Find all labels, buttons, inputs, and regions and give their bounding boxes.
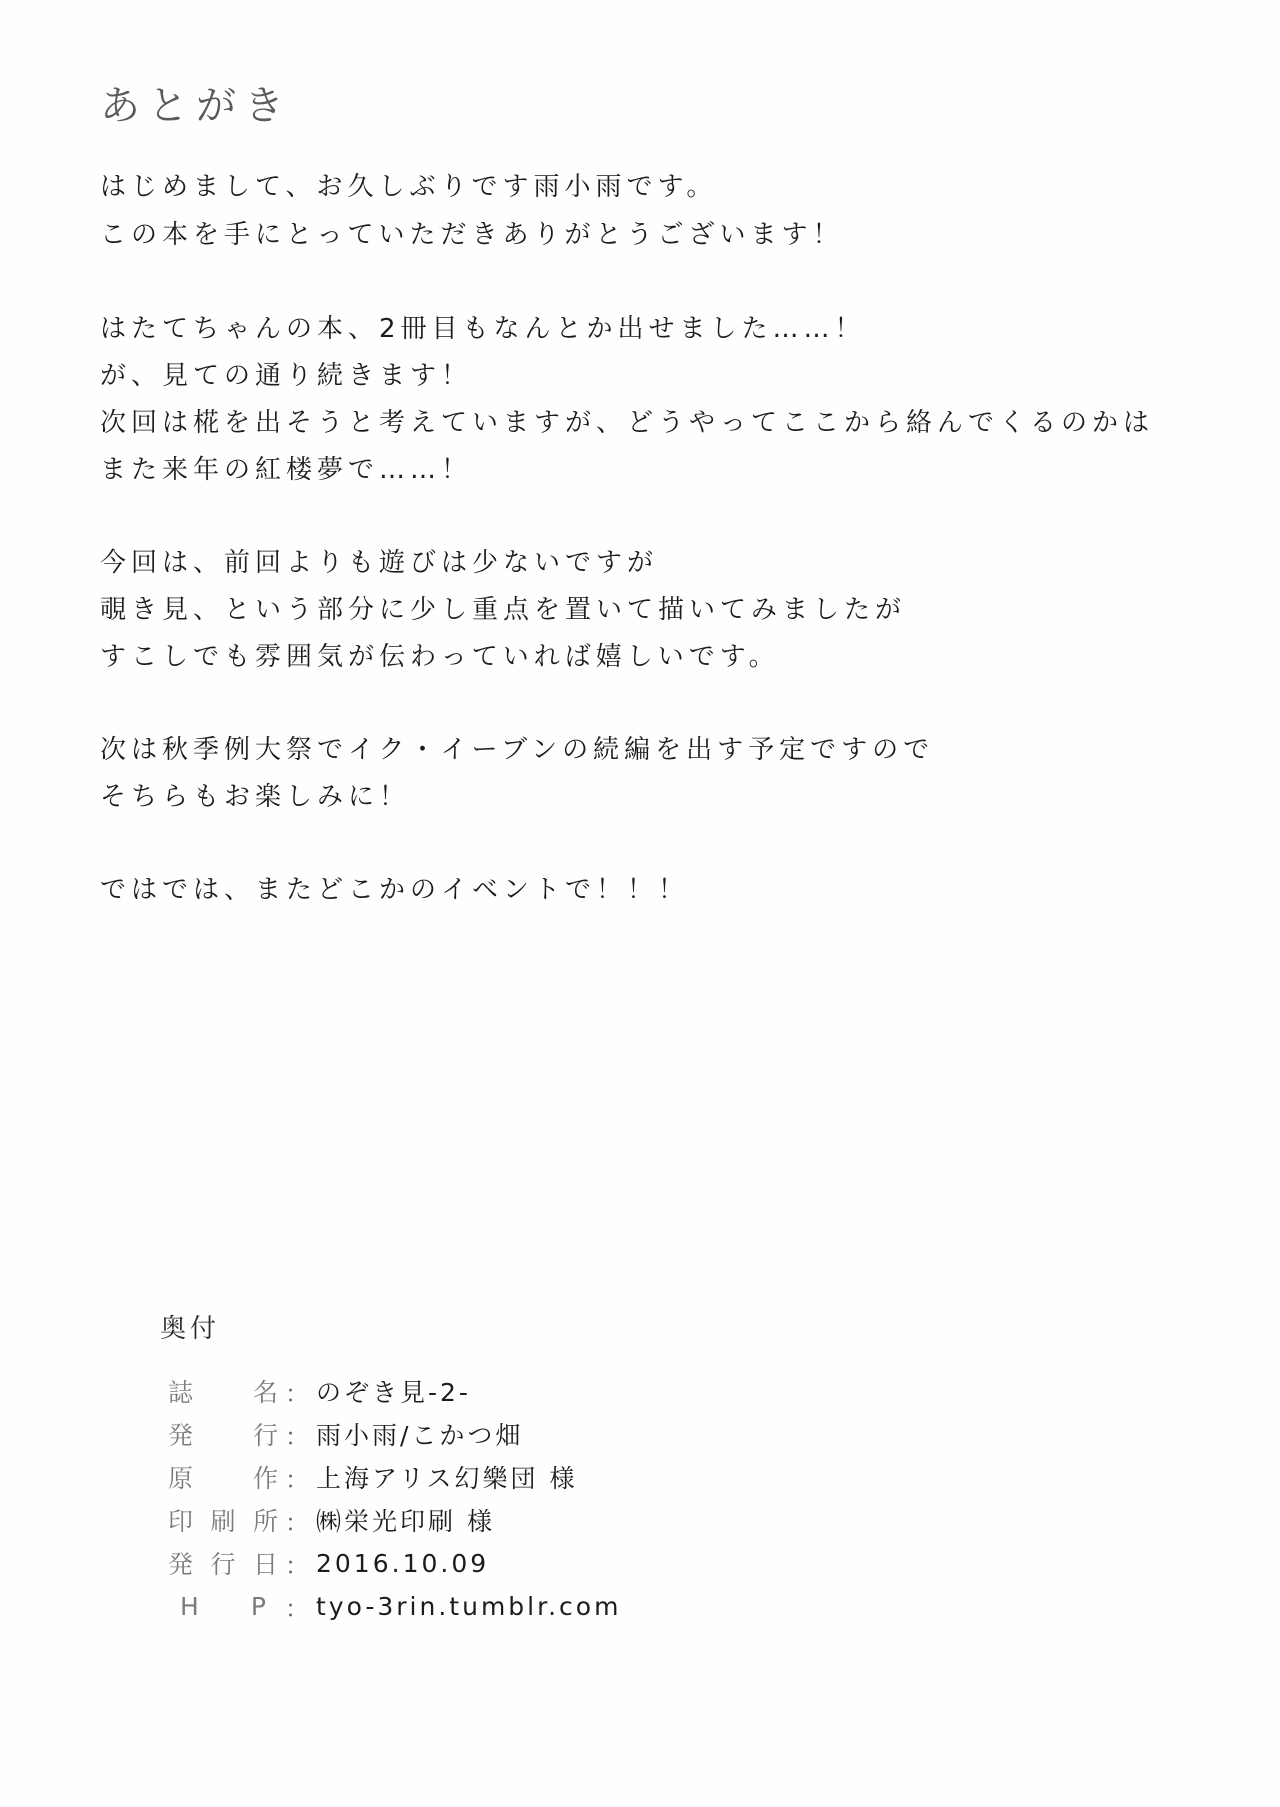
label-char: 原: [168, 1459, 193, 1495]
colophon-row-title: 誌 名 ： のぞき見-2-: [168, 1372, 471, 1410]
colophon-value: 雨小雨/こかつ畑: [316, 1416, 523, 1452]
colophon-value: のぞき見-2-: [316, 1373, 471, 1409]
afterword-line: ではでは、またどこかのイベントで！！！: [100, 873, 689, 907]
colophon-value: 2016.10.09: [316, 1549, 489, 1578]
afterword-line: が、見ての通り続きます！: [100, 359, 472, 393]
colophon-label: 誌 名: [168, 1373, 278, 1409]
colophon-heading: 奥付: [160, 1312, 220, 1346]
colophon-label: H P: [168, 1592, 278, 1621]
label-char: 行: [210, 1545, 235, 1581]
label-char: 日: [253, 1545, 278, 1581]
homepage-url: tyo-3rin.tumblr.com: [316, 1592, 621, 1621]
label-char: 作: [253, 1459, 278, 1495]
afterword-line: 次回は椛を出そうと考えていますが、どうやってここから絡んでくるのかは: [100, 406, 1154, 440]
label-char: 発: [168, 1416, 193, 1452]
label-char: 刷: [210, 1502, 235, 1538]
label-char: 誌: [168, 1373, 193, 1409]
label-char: 名: [253, 1373, 278, 1409]
afterword-line: はじめまして、お久しぶりです雨小雨です。: [100, 170, 717, 204]
afterword-line: そちらもお楽しみに！: [100, 780, 410, 814]
colophon-label: 原 作: [168, 1459, 278, 1495]
label-char: 発: [168, 1545, 193, 1581]
colophon-separator: ：: [278, 1546, 316, 1581]
colophon-label: 発 行 日: [168, 1545, 278, 1581]
afterword-line: また来年の紅楼夢で……！: [100, 453, 472, 487]
afterword-line: 覗き見、という部分に少し重点を置いて描いてみましたが: [100, 593, 906, 627]
colophon-label: 発 行: [168, 1416, 278, 1452]
document-page: あとがき はじめまして、お久しぶりです雨小雨です。 この本を手にとっていただきあ…: [0, 0, 1280, 1807]
colophon-row-printer: 印 刷 所 ： ㈱栄光印刷 様: [168, 1501, 495, 1539]
colophon-row-original-work: 原 作 ： 上海アリス幻樂団 様: [168, 1458, 577, 1496]
afterword-line: 次は秋季例大祭でイク・イーブンの続編を出す予定ですので: [100, 733, 934, 767]
colophon-value: 上海アリス幻樂団 様: [316, 1459, 577, 1495]
label-char: P: [251, 1592, 266, 1621]
afterword-line: この本を手にとっていただきありがとうございます！: [100, 218, 843, 252]
colophon-separator: ：: [278, 1589, 316, 1624]
colophon-separator: ：: [278, 1460, 316, 1495]
colophon-row-homepage: H P ： tyo-3rin.tumblr.com: [168, 1587, 621, 1625]
label-char: 所: [253, 1502, 278, 1538]
label-char: 行: [253, 1416, 278, 1452]
colophon-row-publish-date: 発 行 日 ： 2016.10.09: [168, 1544, 489, 1582]
colophon-separator: ：: [278, 1374, 316, 1409]
colophon-label: 印 刷 所: [168, 1502, 278, 1538]
afterword-title: あとがき: [100, 82, 292, 130]
colophon-value: ㈱栄光印刷 様: [316, 1502, 495, 1538]
label-char: 印: [168, 1502, 193, 1538]
afterword-line: はたてちゃんの本、2冊目もなんとか出せました……！: [100, 312, 866, 346]
colophon-separator: ：: [278, 1417, 316, 1452]
colophon-separator: ：: [278, 1503, 316, 1538]
label-char: H: [180, 1592, 199, 1621]
afterword-line: 今回は、前回よりも遊びは少ないですが: [100, 546, 658, 580]
colophon-row-publisher: 発 行 ： 雨小雨/こかつ畑: [168, 1415, 523, 1453]
afterword-line: すこしでも雰囲気が伝わっていれば嬉しいです。: [100, 640, 780, 674]
